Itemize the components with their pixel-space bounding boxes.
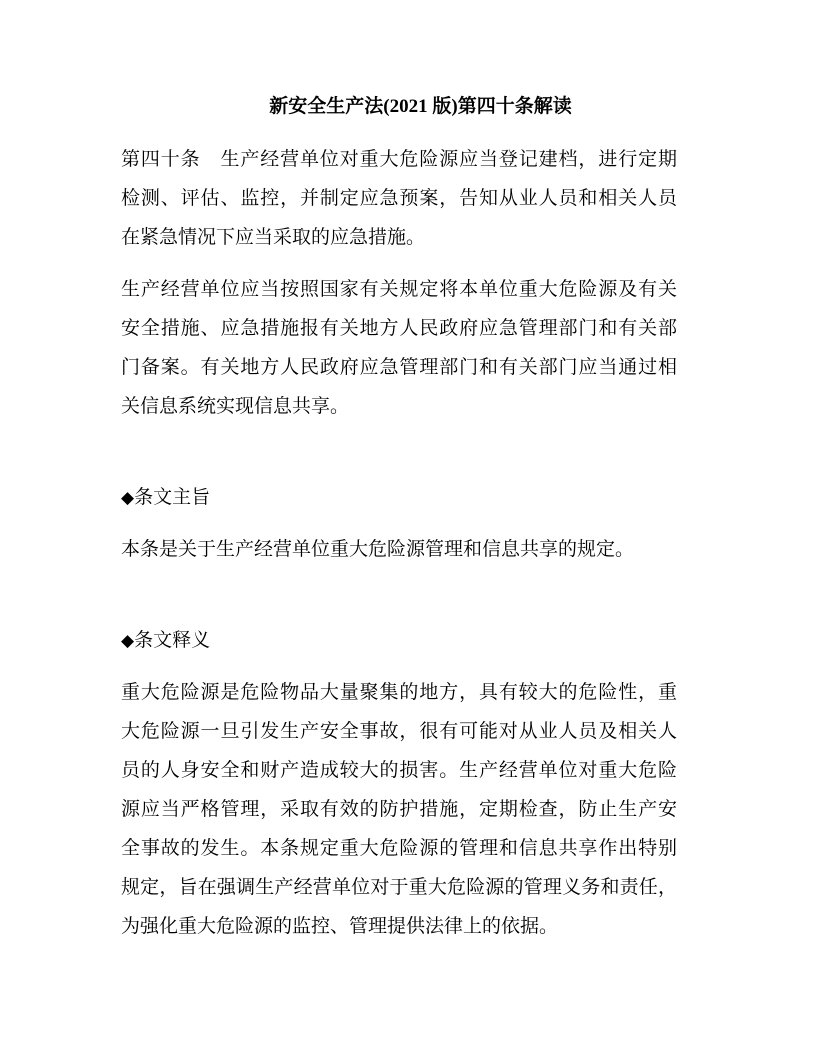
text-line: 安全措施、应急措施报有关地方人民政府应急管理部门和有关部 — [121, 309, 677, 348]
section-heading-purpose: ◆条文主旨 — [121, 478, 677, 517]
paragraph-purpose: 本条是关于生产经营单位重大危险源管理和信息共享的规定。 — [121, 530, 677, 569]
text-line: 规定，旨在强调生产经营单位对于重大危险源的管理义务和责任， — [121, 868, 677, 907]
paragraph-filing-requirement: 生产经营单位应当按照国家有关规定将本单位重大危险源及有关 安全措施、应急措施报有… — [121, 270, 677, 426]
diamond-bullet-icon: ◆ — [121, 488, 134, 508]
paragraph-interpretation: 重大危险源是危险物品大量聚集的地方，具有较大的危险性，重 大危险源一旦引发生产安… — [121, 673, 677, 946]
text-line: 生产经营单位应当按照国家有关规定将本单位重大危险源及有关 — [121, 270, 677, 309]
text-line: 重大危险源是危险物品大量聚集的地方，具有较大的危险性，重 — [121, 673, 677, 712]
text-line: 本条是关于生产经营单位重大危险源管理和信息共享的规定。 — [121, 530, 677, 569]
text-line: 关信息系统实现信息共享。 — [121, 387, 677, 426]
text-line: 检测、评估、监控，并制定应急预案，告知从业人员和相关人员 — [121, 179, 677, 218]
section-heading-label: 条文主旨 — [134, 487, 210, 508]
text-line: 第四十条 生产经营单位对重大危险源应当登记建档，进行定期 — [121, 140, 677, 179]
blank-line — [121, 582, 677, 621]
text-line: 员的人身安全和财产造成较大的损害。生产经营单位对重大危险 — [121, 751, 677, 790]
text-line: 源应当严格管理，采取有效的防护措施，定期检查，防止生产安 — [121, 790, 677, 829]
text-line: 门备案。有关地方人民政府应急管理部门和有关部门应当通过相 — [121, 348, 677, 387]
section-heading-label: 条文释义 — [134, 630, 210, 651]
text-line: 在紧急情况下应当采取的应急措施。 — [121, 218, 677, 257]
text-line: 大危险源一旦引发生产安全事故，很有可能对从业人员及相关人 — [121, 712, 677, 751]
diamond-bullet-icon: ◆ — [121, 631, 134, 651]
text-line: 全事故的发生。本条规定重大危险源的管理和信息共享作出特别 — [121, 829, 677, 868]
blank-line — [121, 439, 677, 478]
document-title: 新安全生产法(2021 版)第四十条解读 — [164, 87, 677, 126]
text-line: 为强化重大危险源的监控、管理提供法律上的依据。 — [121, 907, 677, 946]
document-page: 新安全生产法(2021 版)第四十条解读 第四十条 生产经营单位对重大危险源应当… — [0, 0, 816, 1056]
section-heading-interpretation: ◆条文释义 — [121, 621, 677, 660]
paragraph-article-clause: 第四十条 生产经营单位对重大危险源应当登记建档，进行定期 检测、评估、监控，并制… — [121, 140, 677, 257]
